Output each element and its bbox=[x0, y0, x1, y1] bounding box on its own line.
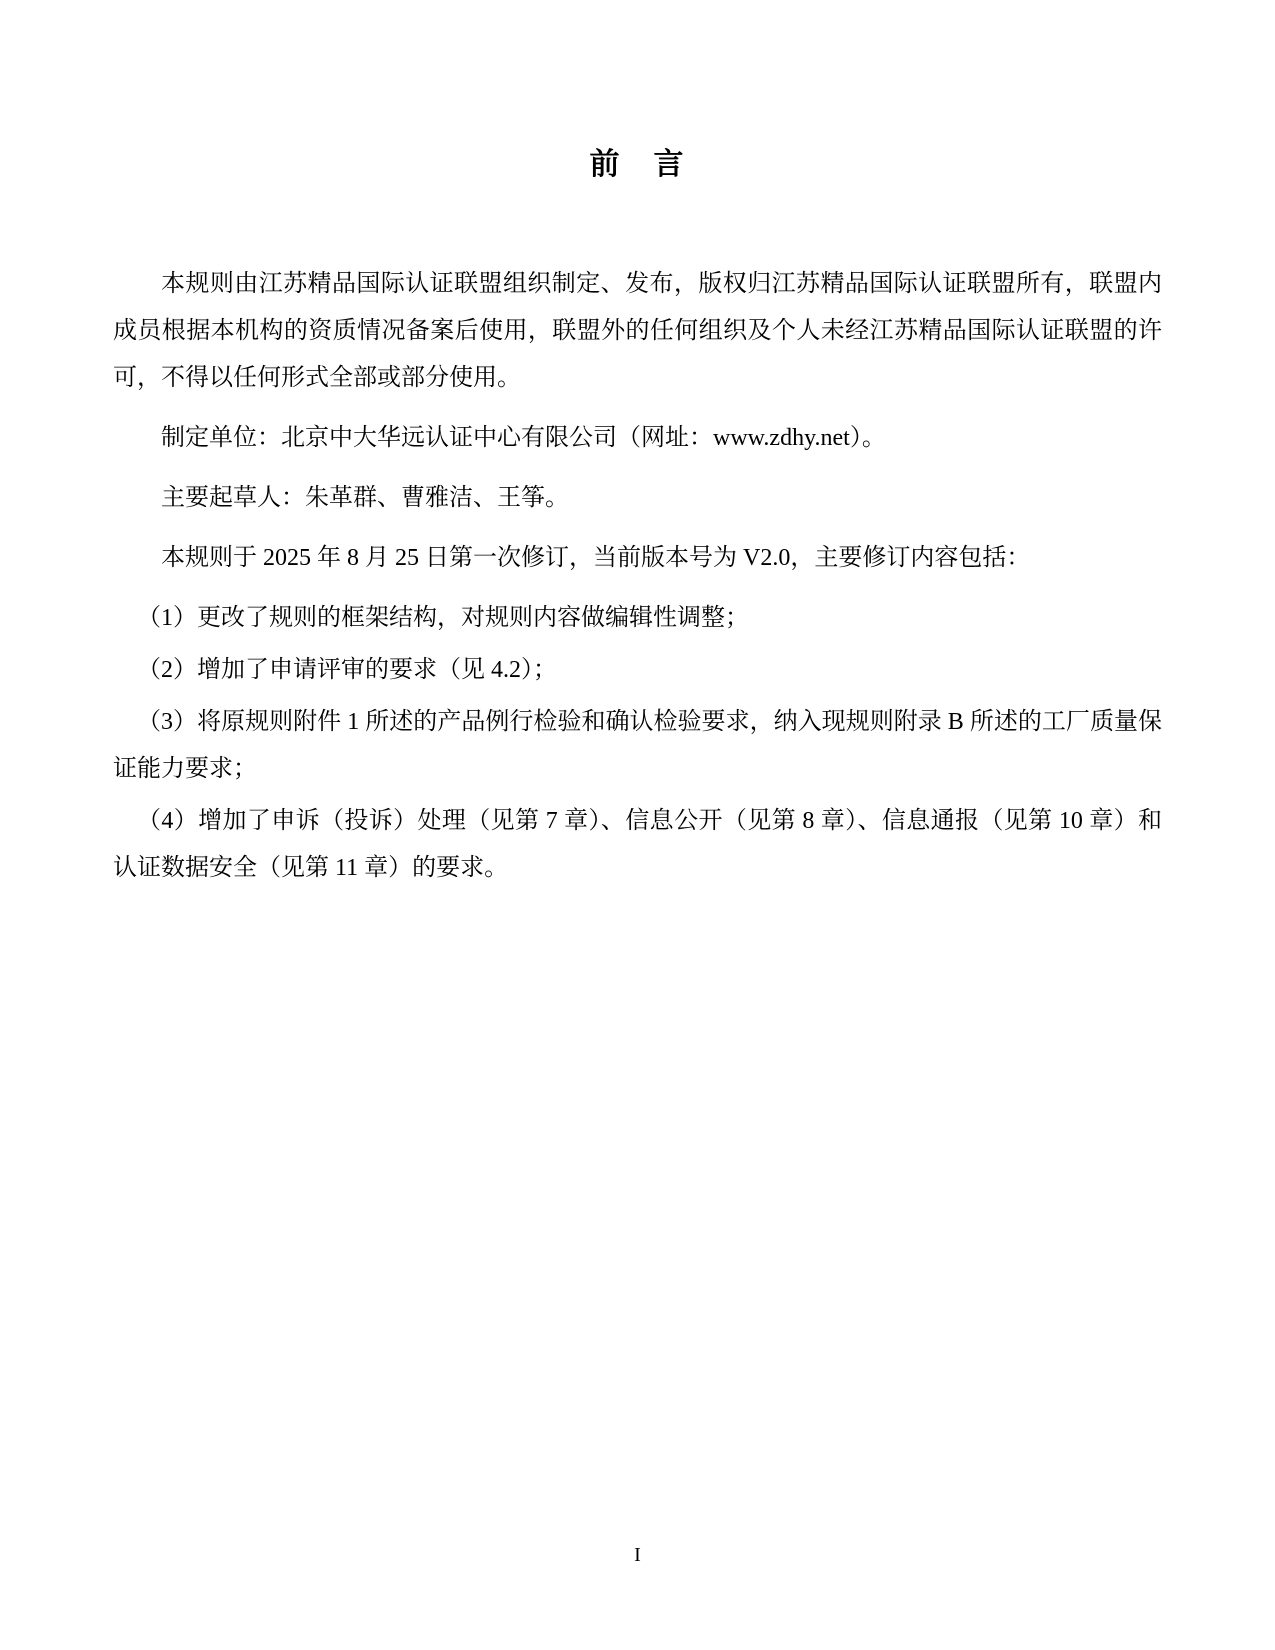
revision-item-4: （4）增加了申诉（投诉）处理（见第 7 章）、信息公开（见第 8 章）、信息通报… bbox=[113, 798, 1162, 892]
page-title: 前 言 bbox=[113, 0, 1162, 185]
paragraph-revision-intro: 本规则于 2025 年 8 月 25 日第一次修订，当前版本号为 V2.0，主要… bbox=[113, 535, 1162, 582]
paragraph-drafters: 主要起草人：朱革群、曹雅洁、王筝。 bbox=[113, 475, 1162, 522]
paragraph-copyright: 本规则由江苏精品国际认证联盟组织制定、发布，版权归江苏精品国际认证联盟所有，联盟… bbox=[113, 261, 1162, 402]
revision-item-2: （2）增加了申请评审的要求（见 4.2）； bbox=[113, 647, 1162, 694]
body-text: 本规则由江苏精品国际认证联盟组织制定、发布，版权归江苏精品国际认证联盟所有，联盟… bbox=[113, 261, 1162, 892]
paragraph-issuer: 制定单位：北京中大华远认证中心有限公司（网址：www.zdhy.net）。 bbox=[113, 415, 1162, 462]
page-number: I bbox=[0, 1543, 1275, 1567]
revision-item-1: （1）更改了规则的框架结构，对规则内容做编辑性调整； bbox=[113, 595, 1162, 642]
document-page: 前 言 本规则由江苏精品国际认证联盟组织制定、发布，版权归江苏精品国际认证联盟所… bbox=[0, 0, 1275, 1650]
page-content: 前 言 本规则由江苏精品国际认证联盟组织制定、发布，版权归江苏精品国际认证联盟所… bbox=[113, 0, 1162, 897]
revision-item-3: （3）将原规则附件 1 所述的产品例行检验和确认检验要求，纳入现规则附录 B 所… bbox=[113, 699, 1162, 793]
